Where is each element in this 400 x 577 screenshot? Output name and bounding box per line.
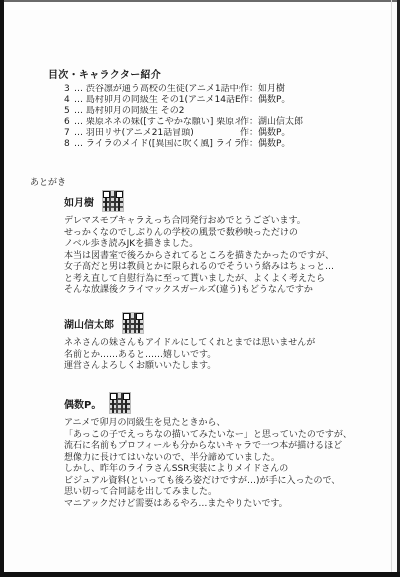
- text-line: 「あっこの子でえっちなの描いてみたいなー」と思っていたのですが、: [64, 430, 352, 442]
- text-line: 名前とか……あると……嬉しいです。: [64, 350, 315, 362]
- text-line: 女子高だと男は教員とかに限られるのでそういう絡みはちょっと…: [64, 262, 334, 274]
- text-line: ノベル歩き読みJKを描きました。: [64, 239, 334, 251]
- toc-title: … 栗原ネネの妹([すこやかな願い] 栗原ネネ): [74, 117, 240, 128]
- qr-code-icon: [102, 190, 124, 212]
- text-line: 流石に名前もプロフィールも分からないキャラで一つ本が描けるほど: [64, 441, 352, 453]
- toc-author: 作：湖山信太郎: [240, 117, 360, 128]
- text-line: せっかくなのでしぶりんの学校の風景で数秒映っただけの: [64, 228, 334, 240]
- afterword-text: アニメで卯月の同級生を見たときから、 「あっこの子でえっちなの描いてみたいなー」…: [64, 418, 352, 510]
- toc-title: … 羽田リサ(アニメ21話冒頭): [74, 128, 240, 139]
- toc-heading: 目次・キャラクター紹介: [48, 66, 161, 81]
- afterword-text: デレマスモブキャラえっち合同発行おめでとうございます。 せっかくなのでしぶりんの…: [64, 216, 334, 297]
- author-name: 湖山信太郎: [64, 316, 114, 331]
- toc-page-number: 5: [64, 106, 74, 117]
- author-line: 湖山信太郎: [64, 312, 315, 334]
- afterword-section: 湖山信太郎 ネネさんの妹さんもアイドルにしてくれとまでは思いませんが 名前とか……: [64, 312, 315, 373]
- text-line: しかし、昨年のライラさんSSR実装によりメイドさんの: [64, 464, 352, 476]
- toc-author: 作：偶数P。: [240, 128, 360, 139]
- text-line: 運営さんよろしくお願いいたします。: [64, 361, 315, 373]
- toc-author: [240, 106, 360, 117]
- toc-entry: 5 … 島村卯月の同級生 その2: [64, 106, 364, 117]
- afterword-section: 如月樹 デレマスモブキャラえっち合同発行おめでとうございます。 せっかくなのでし…: [64, 190, 334, 297]
- qr-code-icon: [122, 312, 144, 334]
- qr-code-icon: [109, 392, 131, 414]
- text-line: そんな放課後クライマックスガールズ(違う)もどうなんですか: [64, 285, 334, 297]
- text-line: デレマスモブキャラえっち合同発行おめでとうございます。: [64, 216, 334, 228]
- toc-author: 作：偶数P。: [240, 139, 360, 150]
- table-of-contents: 3 … 渋谷凛が通う高校の生徒(アニメ1話中盤) 作：如月樹 4 … 島村卯月の…: [64, 84, 364, 150]
- afterword-section: 偶数P。 アニメで卯月の同級生を見たときから、 「あっこの子でえっちなの描いてみ…: [64, 392, 352, 510]
- text-line: 思い切って合同誌を出してみました。: [64, 487, 352, 499]
- text-line: マニアックだけど需要はあるやろ…またやりたいです。: [64, 499, 352, 511]
- toc-entry: 4 … 島村卯月の同級生 その1(アニメ14話ED) 作：偶数P。: [64, 95, 364, 106]
- toc-author: 作：偶数P。: [240, 95, 360, 106]
- author-name: 如月樹: [64, 194, 94, 209]
- toc-title: … 渋谷凛が通う高校の生徒(アニメ1話中盤): [74, 84, 240, 95]
- text-line: ネネさんの妹さんもアイドルにしてくれとまでは思いませんが: [64, 338, 315, 350]
- page-edge-right-inner: [391, 0, 392, 577]
- toc-entry: 7 … 羽田リサ(アニメ21話冒頭) 作：偶数P。: [64, 128, 364, 139]
- toc-title: … 島村卯月の同級生 その1(アニメ14話ED): [74, 95, 240, 106]
- toc-page-number: 8: [64, 139, 74, 150]
- author-line: 偶数P。: [64, 392, 352, 414]
- text-line: アニメで卯月の同級生を見たときから、: [64, 418, 352, 430]
- page-edge-left: [0, 0, 4, 577]
- author-name: 偶数P。: [64, 396, 101, 411]
- toc-author: 作：如月樹: [240, 84, 360, 95]
- text-line: と考え直して自慰行為に至って貰いましたが、よくよく考えたら: [64, 274, 334, 286]
- toc-entry: 3 … 渋谷凛が通う高校の生徒(アニメ1話中盤) 作：如月樹: [64, 84, 364, 95]
- text-line: 本当は図書室で後ろからされてるところを描きたかったのですが、: [64, 251, 334, 263]
- toc-page-number: 3: [64, 84, 74, 95]
- page-edge-top: [0, 0, 400, 2]
- author-line: 如月樹: [64, 190, 334, 212]
- text-line: 想像力に長けてはいないので、半分諦めていました。: [64, 453, 352, 465]
- afterword-text: ネネさんの妹さんもアイドルにしてくれとまでは思いませんが 名前とか……あると………: [64, 338, 315, 373]
- document-page: 目次・キャラクター紹介 3 … 渋谷凛が通う高校の生徒(アニメ1話中盤) 作：如…: [0, 0, 400, 577]
- toc-page-number: 6: [64, 117, 74, 128]
- toc-title: … 島村卯月の同級生 その2: [74, 106, 240, 117]
- page-edge-bottom: [0, 572, 400, 577]
- toc-entry: 8 … ライラのメイド([異国に吹く風] ライラ) 作：偶数P。: [64, 139, 364, 150]
- toc-entry: 6 … 栗原ネネの妹([すこやかな願い] 栗原ネネ) 作：湖山信太郎: [64, 117, 364, 128]
- afterword-heading: あとがき: [30, 175, 66, 188]
- toc-page-number: 7: [64, 128, 74, 139]
- text-line: ビジュアル資料(といっても後ろ姿だけですが…)が手に入ったので、: [64, 476, 352, 488]
- toc-page-number: 4: [64, 95, 74, 106]
- toc-title: … ライラのメイド([異国に吹く風] ライラ): [74, 139, 240, 150]
